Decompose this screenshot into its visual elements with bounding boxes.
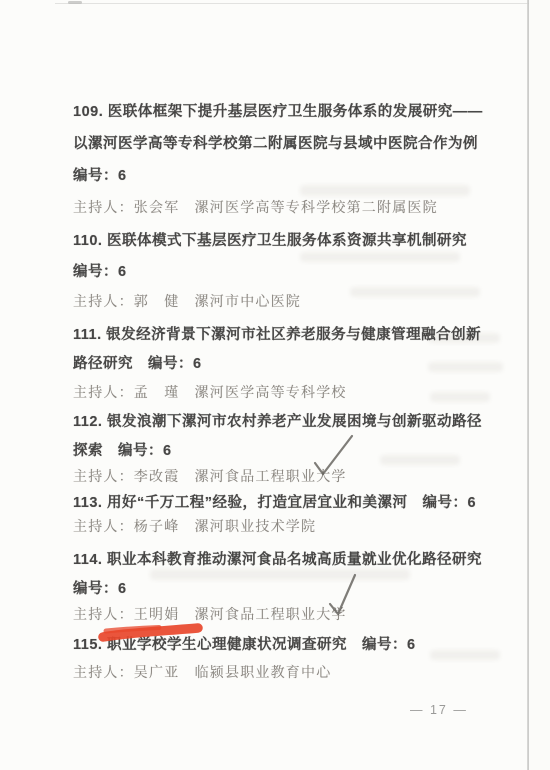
project-110-host-line: 主持人：郭 健 漯河市中心医院 (73, 291, 301, 311)
project-112-title-line-2: 探索 编号：6 (73, 439, 172, 460)
project-113-title-line: 113. 用好“千万工程”经验，打造宜居宜业和美漯河 编号：6 (73, 491, 476, 512)
project-114-code-line: 编号：6 (73, 577, 127, 598)
project-112-title-line-1: 112. 银发浪潮下漯河市农村养老产业发展困境与创新驱动路径 (73, 410, 482, 431)
project-109-title-line-2: 以漯河医学高等专科学校第二附属医院与县域中医院合作为例 (73, 132, 478, 153)
scan-right-edge-line (527, 0, 529, 770)
bleed-through-smudge (430, 650, 500, 660)
scan-top-edge-mark (68, 1, 82, 4)
project-110-code-line: 编号：6 (73, 260, 127, 281)
bleed-through-smudge (300, 252, 460, 262)
scan-top-edge-line (55, 3, 550, 4)
project-109-title-line-1: 109. 医联体框架下提升基层医疗卫生服务体系的发展研究—— (73, 100, 483, 121)
bleed-through-smudge (300, 185, 470, 196)
page-number: — 17 — (410, 703, 468, 717)
project-115-title-line: 115. 职业学校学生心理健康状况调查研究 编号：6 (73, 633, 416, 654)
project-114-title-line: 114. 职业本科教育推动漯河食品名城高质量就业优化路径研究 (73, 548, 482, 569)
project-112-host-line: 主持人：李改霞 漯河食品工程职业大学 (73, 466, 347, 486)
project-111-title-line-1: 111. 银发经济背景下漯河市社区养老服务与健康管理融合创新 (73, 323, 481, 344)
bleed-through-smudge (150, 569, 410, 580)
bleed-through-smudge (380, 455, 460, 465)
scan-right-paper-edge (529, 0, 550, 770)
project-109-code-line: 编号：6 (73, 164, 127, 185)
project-111-title-line-2: 路径研究 编号：6 (73, 352, 202, 373)
project-109-host-line: 主持人：张会军 漯河医学高等专科学校第二附属医院 (73, 197, 438, 217)
scanned-document-page: 109. 医联体框架下提升基层医疗卫生服务体系的发展研究—— 以漯河医学高等专科… (0, 0, 550, 770)
bleed-through-smudge (428, 362, 503, 372)
project-115-host-line: 主持人：吴广亚 临颍县职业教育中心 (73, 662, 331, 682)
bleed-through-smudge (350, 287, 480, 297)
project-114-host-line: 主持人：王明娟 漯河食品工程职业大学 (73, 604, 347, 624)
project-110-title-line: 110. 医联体模式下基层医疗卫生服务体系资源共享机制研究 (73, 229, 467, 250)
project-111-host-line: 主持人：孟 瑾 漯河医学高等专科学校 (73, 382, 347, 402)
bleed-through-smudge (430, 392, 490, 402)
project-113-host-line: 主持人：杨子峰 漯河职业技术学院 (73, 516, 316, 536)
